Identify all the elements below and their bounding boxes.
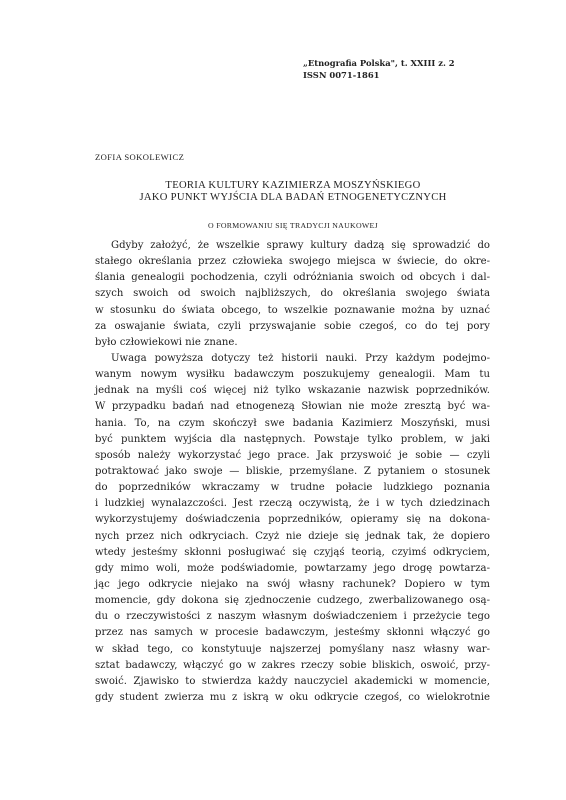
text-line: za oswajanie świata, czyli przyswajanie … xyxy=(95,319,490,335)
journal-citation: „Etnografia Polska", t. XXIII z. 2 ISSN … xyxy=(303,58,455,81)
text-line: stałego określania przez człowieka swoje… xyxy=(95,254,490,270)
body-text: Gdyby założyć, że wszelkie sprawy kultur… xyxy=(95,238,490,706)
text-line: sztat badawczy, włączyć go w zakres rzec… xyxy=(95,658,490,674)
text-line: w stosunku do świata obcego, to wszelkie… xyxy=(95,303,490,319)
text-line: gdy mimo woli, może podświadomie, powtar… xyxy=(95,561,490,577)
text-line: jednak na myśli coś więcej niż tylko wsk… xyxy=(95,383,490,399)
text-line: hania. To, na czym skończył swe badania … xyxy=(95,416,490,432)
text-line: W przypadku badań nad etnogenezą Słowian… xyxy=(95,399,490,415)
author-name: ZOFIA SOKOLEWICZ xyxy=(95,152,184,162)
text-line: szych swoich od swoich najbliższych, do … xyxy=(95,286,490,302)
text-line: Gdyby założyć, że wszelkie sprawy kultur… xyxy=(95,238,490,254)
issn-line: ISSN 0071-1861 xyxy=(303,70,455,82)
text-line: i ludzkiej wynalazczości. Jest rzeczą oc… xyxy=(95,496,490,512)
text-line: przez nas samych w procesie badawczym, j… xyxy=(95,625,490,641)
text-line: swoić. Zjawisko to stwierdza każdy naucz… xyxy=(95,674,490,690)
text-line: Uwaga powyższa dotyczy też historii nauk… xyxy=(95,351,490,367)
text-line: momencie, gdy dokona się zjednoczenie cu… xyxy=(95,593,490,609)
text-line: gdy student zwierza mu z iskrą w oku odk… xyxy=(95,690,490,706)
article-title: TEORIA KULTURY KAZIMIERZA MOSZYŃSKIEGO J… xyxy=(95,180,491,204)
article-subtitle: O FORMOWANIU SIĘ TRADYCJI NAUKOWEJ xyxy=(95,221,491,230)
text-line: sposób należy wykorzystać jego prace. Ja… xyxy=(95,448,490,464)
text-line: wanym nowym wysiłku badawczym poszukujem… xyxy=(95,367,490,383)
text-line: było człowiekowi nie znane. xyxy=(95,335,490,351)
text-line: potraktować jako swoje — bliskie, przemy… xyxy=(95,464,490,480)
title-line-2: JAKO PUNKT WYJŚCIA DLA BADAŃ ETNOGENETYC… xyxy=(95,192,491,204)
text-line: w skład tego, co konstytuuje najszerzej … xyxy=(95,642,490,658)
title-line-1: TEORIA KULTURY KAZIMIERZA MOSZYŃSKIEGO xyxy=(95,180,491,192)
text-line: du o rzeczywistości z naszym własnym doś… xyxy=(95,609,490,625)
text-line: nych przez nich odkryciach. Czyż nie dzi… xyxy=(95,529,490,545)
text-line: jąc jego odkrycie niejako na swój własny… xyxy=(95,577,490,593)
text-line: ślania genealogii pochodzenia, czyli odr… xyxy=(95,270,490,286)
text-line: do poprzedników wkraczamy w trudne połac… xyxy=(95,480,490,496)
journal-title-line: „Etnografia Polska", t. XXIII z. 2 xyxy=(303,58,455,70)
text-line: wykorzystujemy doświadczenia poprzednikó… xyxy=(95,512,490,528)
text-line: być punktem wyjścia dla następnych. Pows… xyxy=(95,432,490,448)
text-line: wtedy jesteśmy skłonni posługiwać się cz… xyxy=(95,545,490,561)
